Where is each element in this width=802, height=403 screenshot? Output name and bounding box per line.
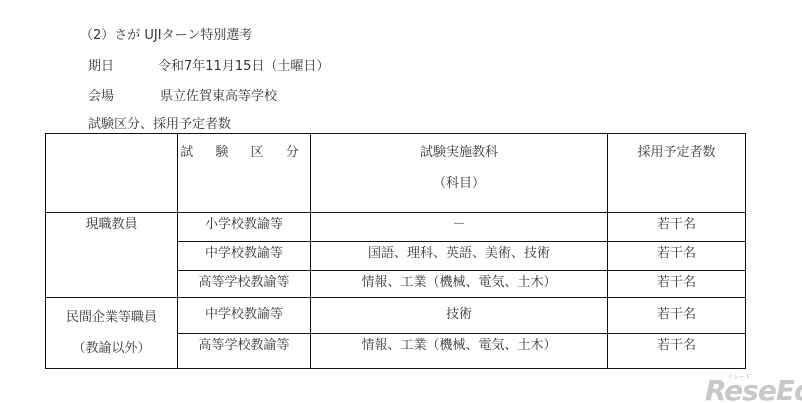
division-cell: 高等学校教諭等 (178, 334, 311, 369)
table-row: 民間企業等職員 （教諭以外） 中学校教諭等 技術 若干名 (46, 298, 746, 334)
reseed-logo: ReseEd (705, 374, 802, 403)
division-cell: 小学校教諭等 (178, 213, 311, 242)
category-current-teachers: 現職教員 (46, 213, 178, 298)
category-private-sector: 民間企業等職員 （教諭以外） (46, 298, 178, 369)
header-row: 試 験 区 分 試験実施教科 （科目） 採用予定者数 (46, 134, 746, 213)
table-row: 現職教員 小学校教諭等 － 若干名 (46, 213, 746, 242)
venue-label: 会場 (88, 85, 160, 104)
subjects-cell: 情報、工業（機械、電気、土木） (311, 334, 608, 369)
venue-row: 会場県立佐賀東高等学校 (88, 85, 277, 104)
date-row: 期日令和7年11月15日（土曜日） (88, 55, 329, 74)
header-planned-hires: 採用予定者数 (608, 134, 746, 213)
venue-value: 県立佐賀東高等学校 (160, 89, 277, 104)
section-title: （2）さが UJIターン特別選考 (80, 24, 252, 43)
hires-cell: 若干名 (608, 298, 746, 334)
date-value: 令和7年11月15日（土曜日） (158, 59, 329, 74)
subjects-cell: － (311, 213, 608, 242)
subjects-cell: 技術 (311, 298, 608, 334)
date-label: 期日 (88, 55, 158, 74)
header-category (46, 134, 178, 213)
hires-cell: 若干名 (608, 334, 746, 369)
hires-cell: 若干名 (608, 213, 746, 242)
division-cell: 高等学校教諭等 (178, 271, 311, 298)
table-caption: 試験区分、採用予定者数 (88, 113, 231, 132)
division-cell: 中学校教諭等 (178, 298, 311, 334)
subjects-cell: 情報、工業（機械、電気、土木） (311, 271, 608, 298)
selection-table: 試 験 区 分 試験実施教科 （科目） 採用予定者数 現職教員 小学校教諭等 －… (45, 133, 746, 369)
division-cell: 中学校教諭等 (178, 242, 311, 271)
subjects-cell: 国語、理科、英語、美術、技術 (311, 242, 608, 271)
header-exam-division: 試 験 区 分 (178, 134, 311, 213)
hires-cell: 若干名 (608, 242, 746, 271)
header-subjects: 試験実施教科 （科目） (311, 134, 608, 213)
hires-cell: 若干名 (608, 271, 746, 298)
